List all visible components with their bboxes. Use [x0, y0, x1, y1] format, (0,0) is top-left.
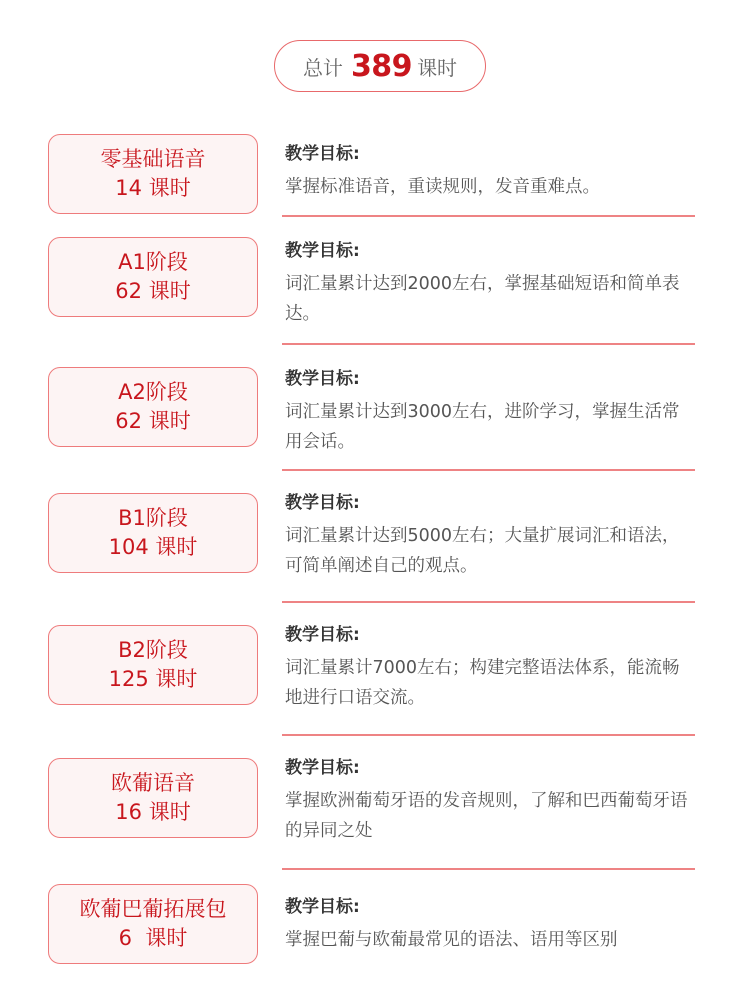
stage-name: 零基础语音 — [101, 145, 206, 174]
goal-description: 词汇量累计达到2000左右，掌握基础短语和简单表达。 — [285, 269, 695, 329]
goal-description: 掌握欧洲葡萄牙语的发音规则，了解和巴西葡萄牙语的异同之处 — [285, 786, 695, 846]
total-hours-badge: 总计 389 课时 — [274, 40, 486, 92]
stage-goal: 教学目标: 词汇量累计达到2000左右，掌握基础短语和简单表达。 — [285, 239, 695, 329]
stage-name: 欧葡语音 — [111, 769, 195, 798]
goal-title: 教学目标: — [285, 367, 695, 391]
goal-title: 教学目标: — [285, 239, 695, 263]
goal-description: 词汇量累计达到3000左右，进阶学习，掌握生活常用会话。 — [285, 397, 695, 457]
stage-goal: 教学目标: 词汇量累计达到3000左右，进阶学习，掌握生活常用会话。 — [285, 367, 695, 457]
divider — [282, 215, 695, 217]
divider — [282, 469, 695, 471]
stage-hours: 62 课时 — [115, 407, 190, 436]
total-hours-number: 389 — [351, 49, 412, 84]
stage-goal: 教学目标: 词汇量累计7000左右；构建完整语法体系，能流畅地进行口语交流。 — [285, 623, 695, 713]
divider — [282, 868, 695, 870]
stage-box-b2: B2阶段 125 课时 — [48, 625, 258, 705]
goal-description: 词汇量累计7000左右；构建完整语法体系，能流畅地进行口语交流。 — [285, 653, 695, 713]
stage-box-a1: A1阶段 62 课时 — [48, 237, 258, 317]
stage-hours: 62 课时 — [115, 277, 190, 306]
stage-box-eu-phonetics: 欧葡语音 16 课时 — [48, 758, 258, 838]
stage-name: A1阶段 — [118, 248, 188, 277]
stage-hours: 14 课时 — [115, 174, 190, 203]
goal-title: 教学目标: — [285, 491, 695, 515]
stage-goal: 教学目标: 掌握巴葡与欧葡最常见的语法、语用等区别 — [285, 895, 695, 955]
stage-goal: 教学目标: 掌握标准语音，重读规则，发音重难点。 — [285, 142, 695, 202]
stage-name: B2阶段 — [118, 636, 188, 665]
stage-box-phonetics: 零基础语音 14 课时 — [48, 134, 258, 214]
stage-hours: 6 课时 — [119, 924, 188, 953]
goal-title: 教学目标: — [285, 895, 695, 919]
total-prefix: 总计 — [303, 52, 343, 81]
goal-description: 掌握标准语音，重读规则，发音重难点。 — [285, 172, 695, 202]
divider — [282, 734, 695, 736]
stage-hours: 125 课时 — [109, 665, 198, 694]
stage-box-eu-br-extension: 欧葡巴葡拓展包 6 课时 — [48, 884, 258, 964]
stage-hours: 104 课时 — [109, 533, 198, 562]
total-suffix: 课时 — [417, 52, 457, 81]
goal-title: 教学目标: — [285, 142, 695, 166]
stage-name: 欧葡巴葡拓展包 — [80, 895, 227, 924]
divider — [282, 601, 695, 603]
stage-box-b1: B1阶段 104 课时 — [48, 493, 258, 573]
goal-title: 教学目标: — [285, 756, 695, 780]
divider — [282, 343, 695, 345]
goal-description: 词汇量累计达到5000左右；大量扩展词汇和语法，可简单阐述自己的观点。 — [285, 521, 695, 581]
goal-description: 掌握巴葡与欧葡最常见的语法、语用等区别 — [285, 925, 695, 955]
goal-title: 教学目标: — [285, 623, 695, 647]
stage-name: B1阶段 — [118, 504, 188, 533]
stage-goal: 教学目标: 词汇量累计达到5000左右；大量扩展词汇和语法，可简单阐述自己的观点… — [285, 491, 695, 581]
stage-name: A2阶段 — [118, 378, 188, 407]
stage-goal: 教学目标: 掌握欧洲葡萄牙语的发音规则，了解和巴西葡萄牙语的异同之处 — [285, 756, 695, 846]
stage-box-a2: A2阶段 62 课时 — [48, 367, 258, 447]
stage-hours: 16 课时 — [115, 798, 190, 827]
